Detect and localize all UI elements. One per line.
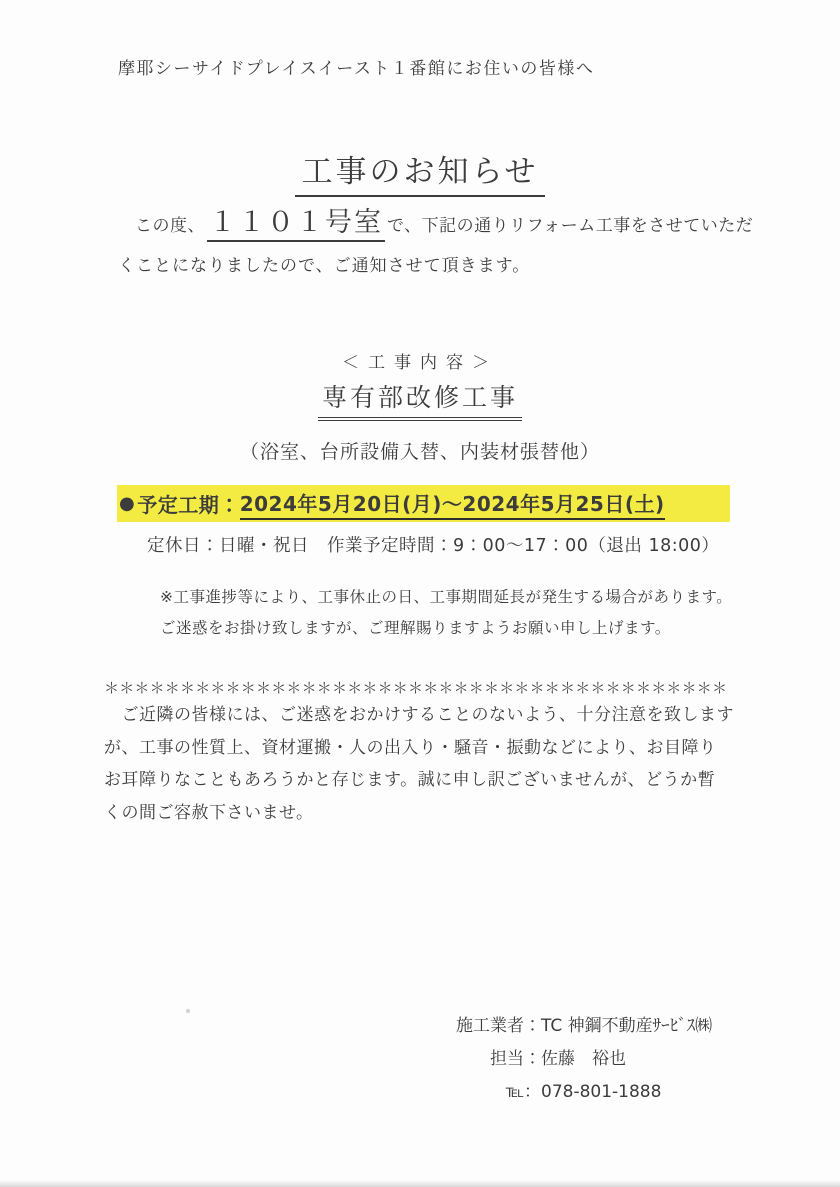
- addressee-line: 摩耶シーサイドプレイスイースト１番館にお住いの皆様へ: [118, 54, 594, 79]
- page-title: 工事のお知らせ: [295, 146, 544, 197]
- work-name-row: 専有部改修工事: [0, 378, 840, 421]
- contractor-tel-value: 078-801-1888: [541, 1076, 661, 1109]
- schedule-highlight-bar: ● 予定工期： 2024年5月20日(月)～2024年5月25日(土): [117, 485, 730, 522]
- room-number: １１０１号室: [207, 200, 385, 242]
- contractor-company-value: TC 神鋼不動産ｻｰﾋﾞｽ㈱: [541, 1010, 712, 1043]
- work-section-heading: ＜工事内容＞: [0, 348, 840, 373]
- schedule-notes: ※工事進捗等により、工事休止の日、工事期間延長が発生する場合があります。 ご迷惑…: [160, 582, 732, 644]
- apology-line-2: が、工事の性質上、資材運搬・人の出入り・騒音・振動などにより、お目障り: [104, 732, 734, 765]
- intro-line-1: この度、 １１０１号室 で、下記の通りリフォーム工事をさせていただ: [135, 200, 753, 242]
- contractor-row-person: 担当： 佐藤 裕也: [433, 1043, 712, 1076]
- apology-paragraph: ご近隣の皆様には、ご迷惑をおかけすることのないよう、十分注意を致します が、工事…: [104, 699, 734, 829]
- holiday-hours-line: 定休日：日曜・祝日 作業予定時間：9：00～17：00（退出 18:00）: [147, 532, 719, 557]
- schedule-note-2: ご迷惑をお掛け致しますが、ご理解賜りますようお願い申し上げます。: [160, 613, 732, 644]
- schedule-label: 予定工期：: [137, 489, 240, 518]
- asterisk-separator: ＊＊＊＊＊＊＊＊＊＊＊＊＊＊＊＊＊＊＊＊＊＊＊＊＊＊＊＊＊＊＊＊＊＊＊＊＊＊＊＊…: [104, 677, 727, 698]
- contractor-block: 施工業者： TC 神鋼不動産ｻｰﾋﾞｽ㈱ 担当： 佐藤 裕也 ℡： 078-80…: [433, 1010, 712, 1109]
- title-row: 工事のお知らせ: [0, 146, 840, 197]
- contractor-person-value: 佐藤 裕也: [541, 1043, 626, 1076]
- contractor-person-label: 担当：: [433, 1043, 541, 1076]
- work-name: 専有部改修工事: [318, 378, 522, 421]
- notice-document: 摩耶シーサイドプレイスイースト１番館にお住いの皆様へ 工事のお知らせ この度、 …: [0, 0, 840, 1187]
- bullet-icon: ●: [119, 493, 135, 514]
- work-detail: （浴室、台所設備入替、内装材張替他）: [0, 437, 840, 464]
- apology-line-4: くの間ご容赦下さいませ。: [104, 797, 734, 830]
- scan-artifact-dot: [186, 1009, 190, 1013]
- intro-suffix: で、下記の通りリフォーム工事をさせていただ: [387, 211, 753, 236]
- apology-line-3: お耳障りなこともあろうかと存じます。誠に申し訳ございませんが、どうか暫: [104, 764, 734, 797]
- tel-icon: ℡：: [433, 1076, 541, 1109]
- schedule-note-1: ※工事進捗等により、工事休止の日、工事期間延長が発生する場合があります。: [160, 582, 732, 613]
- apology-line-1: ご近隣の皆様には、ご迷惑をおかけすることのないよう、十分注意を致します: [104, 699, 734, 732]
- scan-bottom-edge: [0, 1180, 840, 1187]
- contractor-company-label: 施工業者：: [433, 1010, 541, 1043]
- schedule-period: 2024年5月20日(月)～2024年5月25日(土): [240, 488, 665, 520]
- intro-line-2: くことになりましたので、ご通知させて頂きます。: [118, 251, 530, 276]
- intro-prefix: この度、: [135, 211, 205, 236]
- contractor-row-tel: ℡： 078-801-1888: [433, 1076, 712, 1109]
- contractor-row-company: 施工業者： TC 神鋼不動産ｻｰﾋﾞｽ㈱: [433, 1010, 712, 1043]
